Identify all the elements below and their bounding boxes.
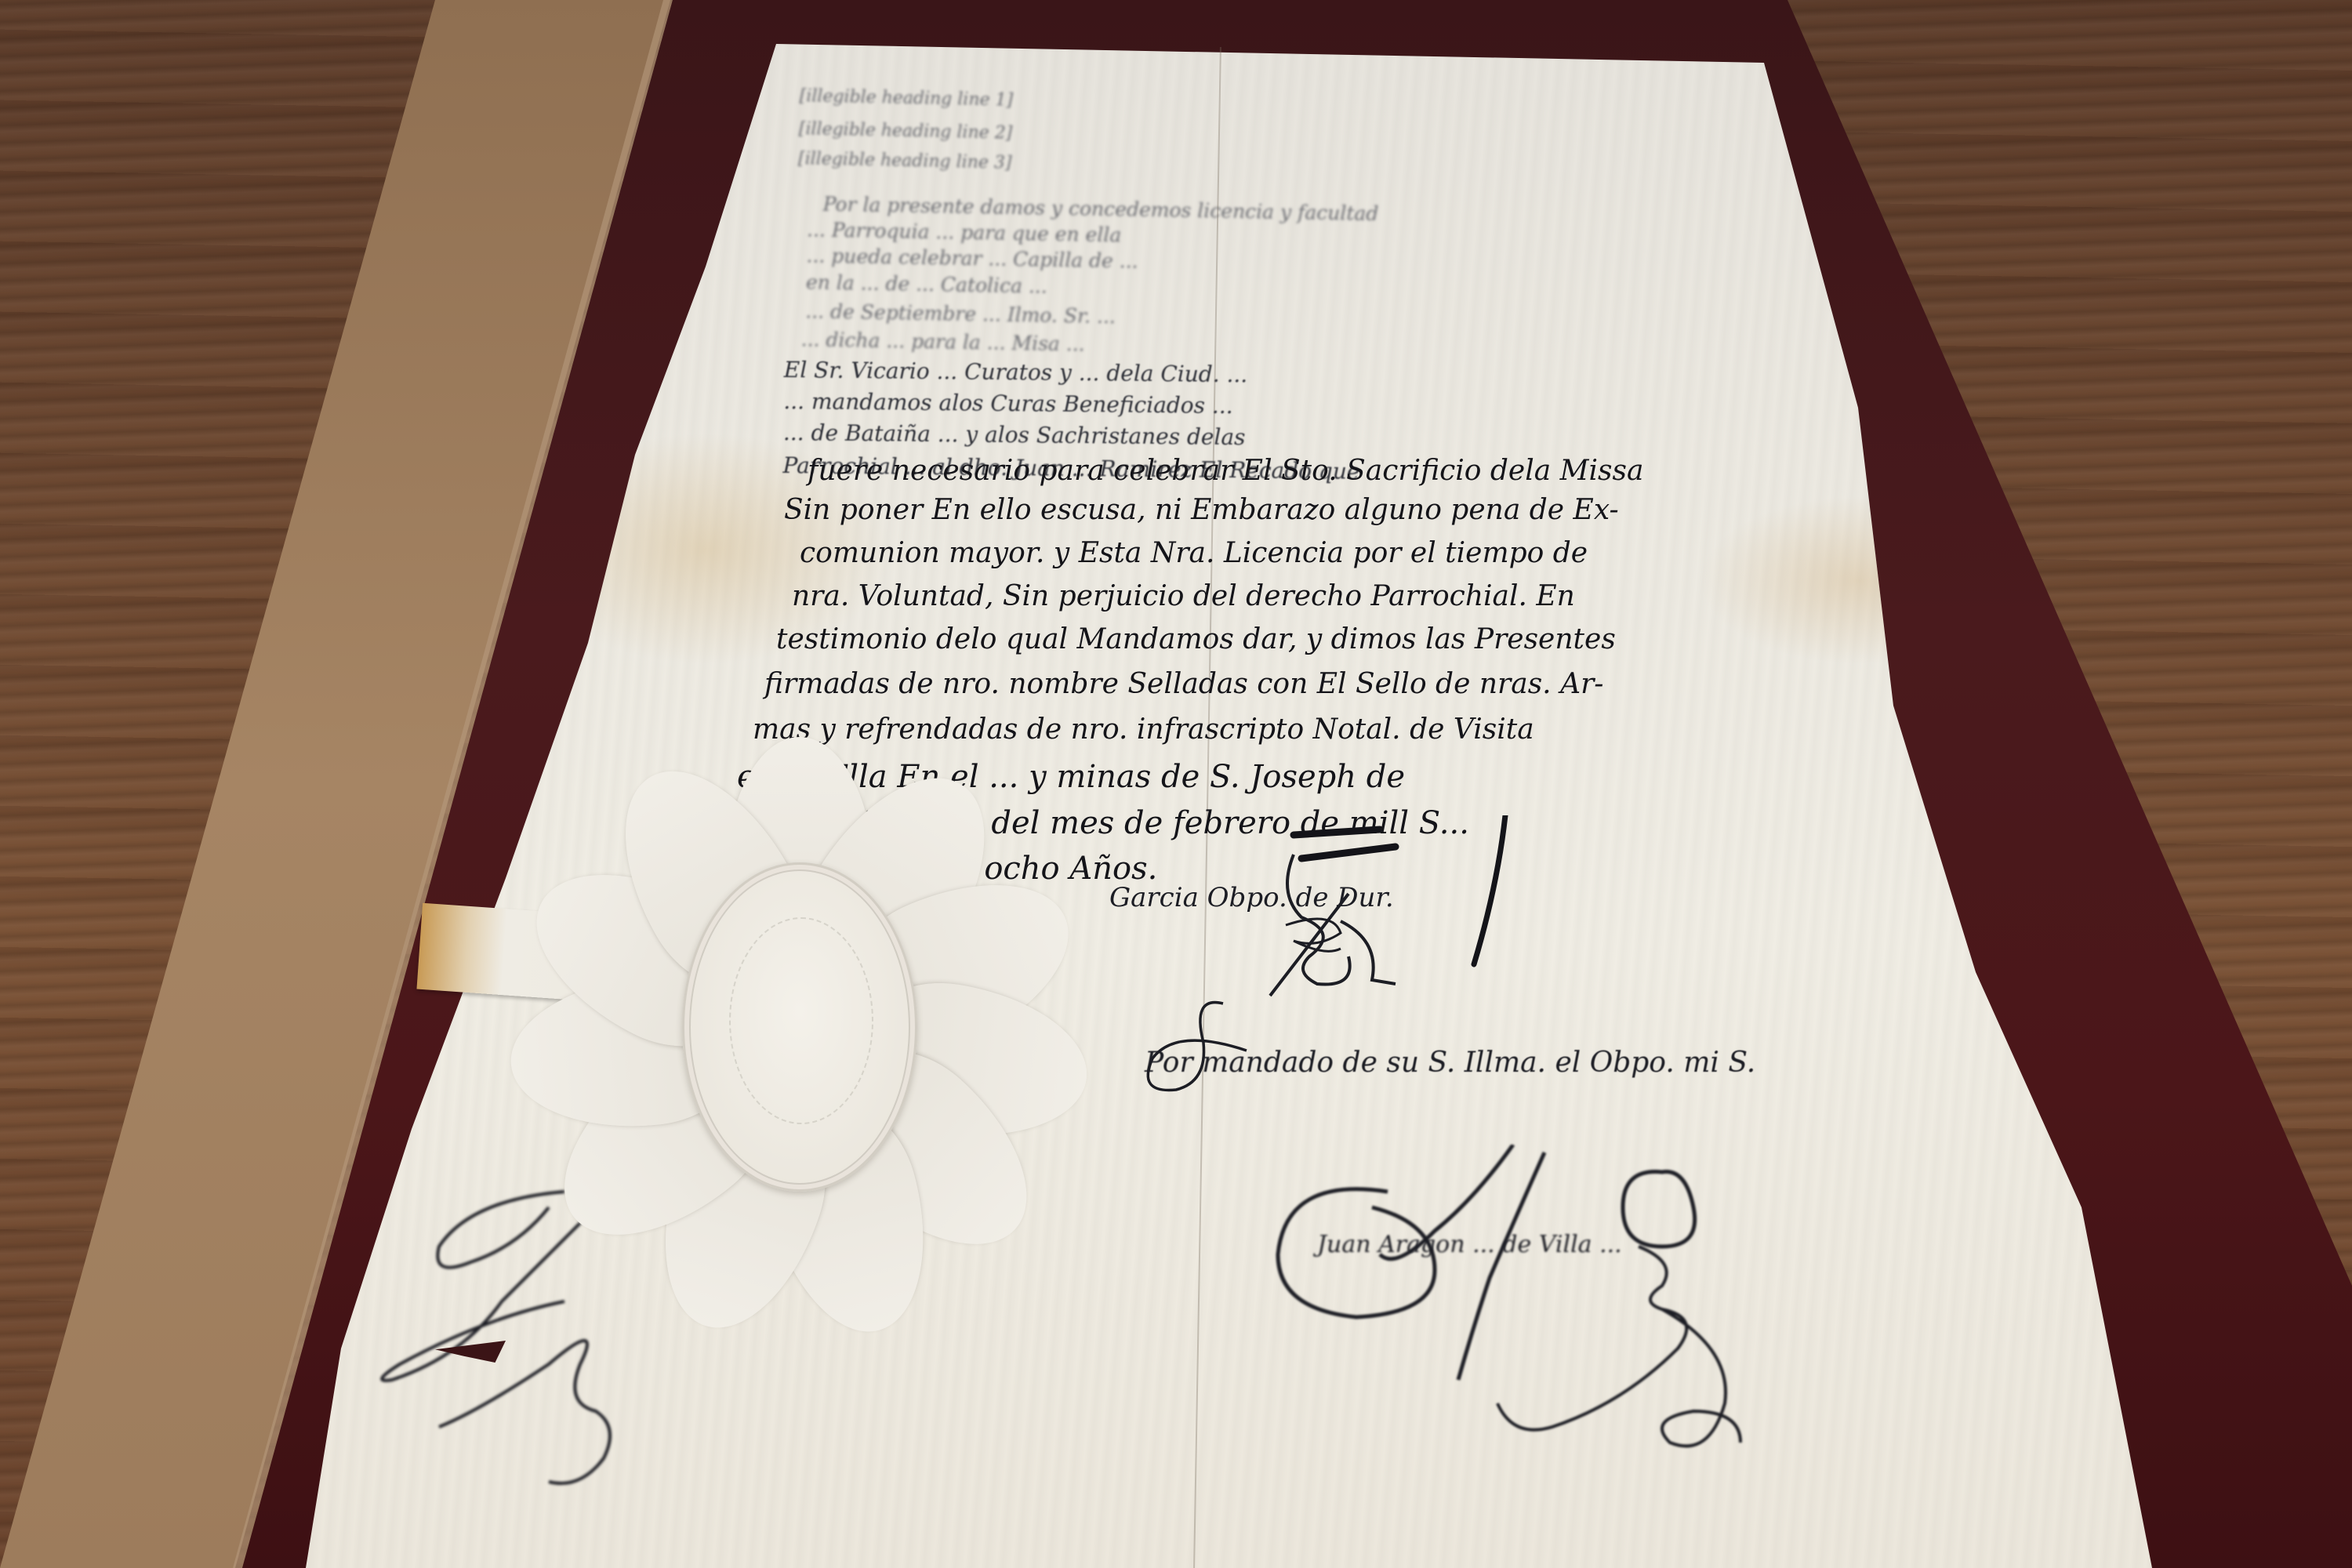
paper-seal: [486, 729, 1113, 1341]
body-line: ... mandamos alos Curas Beneficiados ...: [783, 388, 1233, 419]
body-line: Sin poner En ello escusa, ni Embarazo al…: [784, 494, 1619, 526]
body-line: en la ... de ... Catolica ...: [806, 270, 1047, 297]
seal-coat-of-arms-icon: [729, 917, 873, 1124]
embossed-seal: [682, 862, 917, 1192]
notary-signature-flourish-icon: [1254, 1145, 1819, 1490]
mandate-flourish-icon: [1129, 996, 1270, 1121]
body-line: testimonio delo qual Mandamos dar, y dim…: [776, 623, 1616, 655]
body-line: nra. Voluntad, Sin perjuicio del derecho…: [792, 580, 1575, 612]
body-line: fuere necesario para celebrar El Sto. Sa…: [808, 455, 1643, 487]
body-line: comunion mayor. y Esta Nra. Licencia por…: [800, 537, 1588, 569]
bishop-rubric-icon: [1223, 847, 1443, 1004]
notary-signature: Juan Aragon ... de Villa ...: [1317, 1231, 1622, 1258]
body-line: El Sr. Vicario ... Curatos y ... dela Ci…: [784, 357, 1248, 387]
body-line: firmadas de nro. nombre Selladas con El …: [764, 668, 1603, 700]
body-line: ... de Bataiña ... y alos Sachristanes d…: [783, 419, 1246, 450]
